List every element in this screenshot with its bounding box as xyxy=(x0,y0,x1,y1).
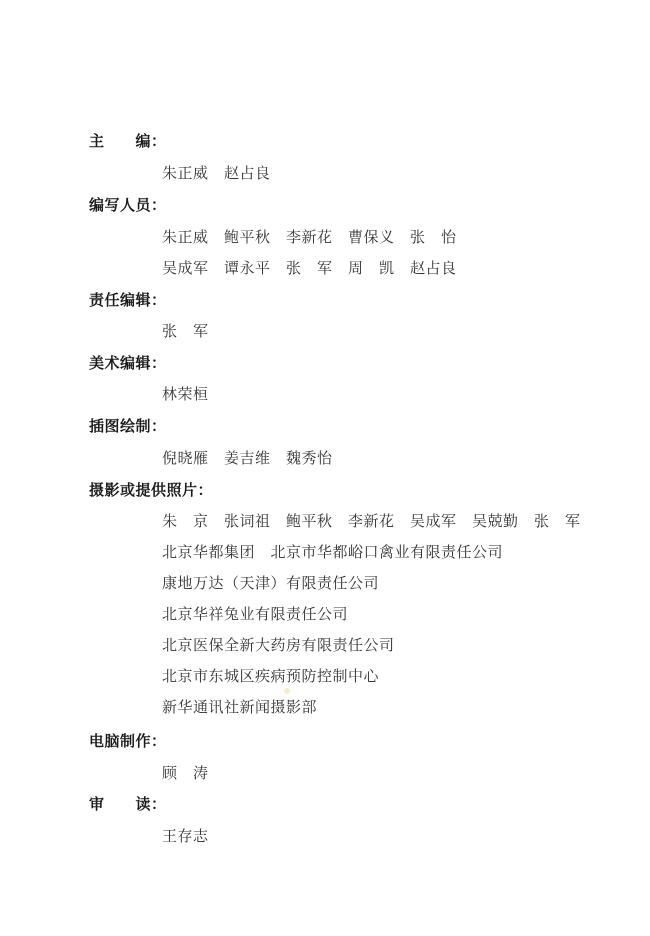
label-art-editor: 美术编辑： xyxy=(89,352,167,373)
names-photography-line-6: 北京市东城区疾病预防控制中心 xyxy=(162,665,379,686)
names-responsible-editor: 张 军 xyxy=(162,320,209,341)
label-chief-editor: 主 编： xyxy=(89,130,167,151)
label-computer-production: 电脑制作： xyxy=(89,730,167,751)
names-art-editor: 林荣桓 xyxy=(162,383,209,404)
names-proofreader: 王存志 xyxy=(162,825,209,846)
label-photography: 摄影或提供照片： xyxy=(89,479,213,500)
credits-page: 主 编： 朱正威 赵占良 编写人员： 朱正威 鲍平秋 李新花 曹保义 张 怡 吴… xyxy=(0,0,650,936)
label-writers: 编写人员： xyxy=(89,194,167,215)
label-proofreader: 审 读： xyxy=(89,793,167,814)
names-illustrators: 倪晓雁 姜吉维 魏秀怡 xyxy=(162,447,333,468)
names-writers-line-1: 朱正威 鲍平秋 李新花 曹保义 张 怡 xyxy=(162,226,457,247)
names-writers-line-2: 吴成军 谭永平 张 军 周 凯 赵占良 xyxy=(162,257,457,278)
names-photography-line-5: 北京医保全新大药房有限责任公司 xyxy=(162,634,395,655)
names-photography-line-2: 北京华都集团 北京市华都峪口禽业有限责任公司 xyxy=(162,541,503,562)
names-chief-editor: 朱正威 赵占良 xyxy=(162,162,271,183)
label-responsible-editor: 责任编辑： xyxy=(89,289,167,310)
names-photography-line-7: 新华通讯社新闻摄影部 xyxy=(162,696,317,717)
scan-speck xyxy=(284,688,290,694)
names-photography-line-4: 北京华祥兔业有限责任公司 xyxy=(162,603,348,624)
label-illustrators: 插图绘制： xyxy=(89,415,167,436)
names-photography-line-3: 康地万达（天津）有限责任公司 xyxy=(162,572,379,593)
names-computer-production: 顾 涛 xyxy=(162,762,209,783)
names-photography-line-1: 朱 京 张词祖 鲍平秋 李新花 吴成军 吴兢勤 张 军 xyxy=(162,510,581,531)
